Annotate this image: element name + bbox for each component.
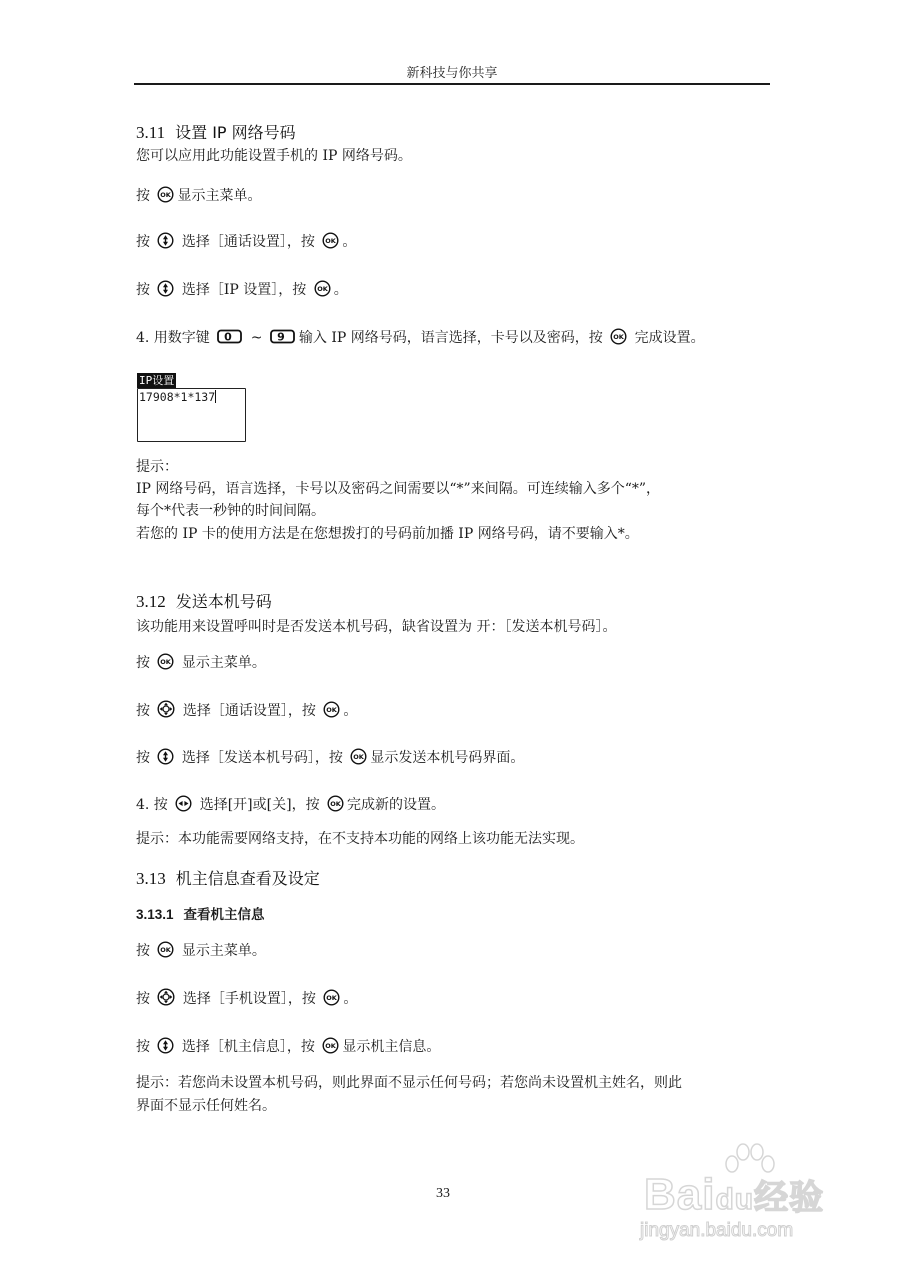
ok-key-icon: OK <box>157 186 174 203</box>
ok-key-icon: OK <box>314 280 331 297</box>
up-down-nav-key-icon <box>157 748 174 765</box>
digit-key-9-icon: 9 <box>270 329 296 350</box>
ok-key-icon: OK <box>327 795 344 812</box>
ok-key-icon: OK <box>323 989 340 1006</box>
screen-input-value: 17908*1*137 <box>139 390 215 404</box>
section-number: 3.11 <box>136 123 165 142</box>
page-number: 33 <box>436 1186 450 1202</box>
step-line: 4. 用数字键 0 ~ 9 输入 IP 网络号码，语言选择，卡号以及密码，按 O… <box>136 328 705 350</box>
step-line: 按 OK 显示主菜单。 <box>136 653 266 673</box>
subsection-heading-3-13-1: 3.13.1查看机主信息 <box>136 903 265 923</box>
step-line: 按 选择［通话设置］，按 OK 。 <box>136 700 357 721</box>
subsection-title: 查看机主信息 <box>184 907 265 922</box>
step-line: 按 选择［通话设置］，按 OK 。 <box>136 232 356 252</box>
svg-text:OK: OK <box>330 800 342 808</box>
svg-text:9: 9 <box>277 331 285 344</box>
section-heading-3-12: 3.12发送本机号码 <box>136 589 272 612</box>
left-right-nav-key-icon <box>175 795 192 812</box>
section-heading-3-13: 3.13机主信息查看及设定 <box>136 866 320 889</box>
svg-text:OK: OK <box>326 237 338 245</box>
svg-text:OK: OK <box>327 706 339 714</box>
step-line: 按 OK 显示主菜单。 <box>136 186 261 206</box>
tip-line: IP 网络号码，语言选择，卡号以及密码之间需要以“*”来间隔。可连续输入多个“*… <box>136 479 660 499</box>
tip-line: 若您的 IP 卡的使用方法是在您想拨打的号码前加播 IP 网络号码，请不要输入*… <box>136 524 639 544</box>
up-down-nav-key-icon <box>157 1037 174 1054</box>
svg-text:OK: OK <box>161 658 173 666</box>
ok-key-icon: OK <box>157 941 174 958</box>
ok-key-icon: OK <box>323 701 340 718</box>
step-line: 按 OK 显示主菜单。 <box>136 941 266 961</box>
step-line: 按 选择［发送本机号码］，按 OK 显示发送本机号码界面。 <box>136 748 524 768</box>
digit-key-0-icon: 0 <box>217 329 243 350</box>
section-intro: 您可以应用此功能设置手机的 IP 网络号码。 <box>136 146 412 166</box>
section-number: 3.12 <box>136 592 166 611</box>
section-heading-3-11: 3.11设置 IP 网络号码 <box>136 120 296 143</box>
screen-input-box: 17908*1*137 <box>137 388 246 442</box>
svg-text:OK: OK <box>161 191 173 199</box>
watermark-brand: Baidu经验 <box>644 1170 824 1220</box>
section-title: 发送本机号码 <box>176 592 272 611</box>
phone-screen-illustration: IP设置 17908*1*137 <box>137 369 246 442</box>
screen-title: IP设置 <box>137 373 176 388</box>
section-title: 机主信息查看及设定 <box>176 869 320 888</box>
step-line: 按 选择［IP 设置］，按 OK 。 <box>136 280 348 300</box>
baidu-jingyan-watermark: Baidu经验 jingyan.baidu.com <box>640 1140 880 1250</box>
tip-line: 界面不显示任何姓名。 <box>136 1096 276 1116</box>
running-header: 新科技与你共享 <box>134 62 770 81</box>
svg-text:OK: OK <box>161 946 173 954</box>
tip-line: 提示：若您尚未设置本机号码，则此界面不显示任何号码；若您尚未设置机主姓名，则此 <box>136 1073 682 1093</box>
section-intro: 该功能用来设置呼叫时是否发送本机号码，缺省设置为 开：［发送本机号码］。 <box>136 617 616 637</box>
ok-key-icon: OK <box>350 748 367 765</box>
ok-key-icon: OK <box>610 328 627 345</box>
up-down-nav-key-icon <box>157 280 174 297</box>
header-divider <box>134 83 770 85</box>
ok-key-icon: OK <box>322 232 339 249</box>
svg-text:OK: OK <box>613 333 625 341</box>
tip-line: 每个*代表一秒钟的时间间隔。 <box>136 501 325 521</box>
step-line: 4. 按 选择[开]或[关]，按 OK 完成新的设置。 <box>136 795 445 815</box>
watermark-url: jingyan.baidu.com <box>640 1220 793 1242</box>
ok-key-icon: OK <box>322 1037 339 1054</box>
svg-text:0: 0 <box>224 331 232 344</box>
svg-text:OK: OK <box>327 994 339 1002</box>
svg-text:OK: OK <box>354 753 366 761</box>
ok-key-icon: OK <box>157 653 174 670</box>
text-cursor <box>215 390 216 403</box>
subsection-number: 3.13.1 <box>136 907 174 922</box>
tip-label: 提示： <box>136 457 178 477</box>
up-down-nav-key-icon <box>157 232 174 249</box>
svg-text:OK: OK <box>326 1042 338 1050</box>
section-number: 3.13 <box>136 869 166 888</box>
step-line: 按 选择［手机设置］，按 OK 。 <box>136 988 357 1009</box>
four-way-nav-key-icon <box>157 988 175 1006</box>
section-title: 设置 IP 网络号码 <box>175 123 296 142</box>
four-way-nav-key-icon <box>157 700 175 718</box>
tip-line: 提示：本功能需要网络支持，在不支持本功能的网络上该功能无法实现。 <box>136 829 584 849</box>
step-line: 按 选择［机主信息］，按 OK 显示机主信息。 <box>136 1037 440 1057</box>
svg-text:OK: OK <box>317 285 329 293</box>
